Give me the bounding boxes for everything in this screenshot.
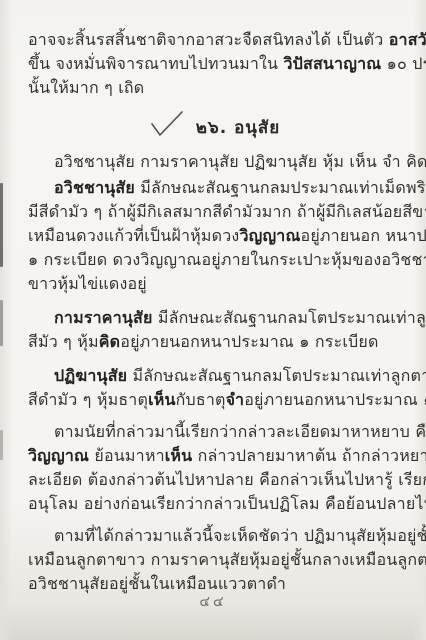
- text-line: อวิชชานุสัย กามราคานุสัย ปฏิฆานุสัย หุ้ม…: [28, 150, 402, 174]
- bold-term: วิปัสสนาญาณ: [283, 54, 381, 73]
- bold-term: เห็น: [165, 446, 193, 465]
- bold-term: วิญญาณ: [239, 226, 300, 245]
- text-line: วิญญาณ ย้อนมาหาเห็น กล่าวปลายมาหาต้น ถ้า…: [28, 444, 402, 468]
- text-segment: อยู่ภายนอกหนาประมาณ ๑ กระเบียด: [244, 390, 426, 409]
- text-segment: ละเอียด ต้องกล่าวต้นไปหาปลาย คือกล่าวเห็…: [28, 470, 426, 489]
- text-segment: มีลักษณะสัณฐานกลมประมาณเท่าเม็ดพริกไทย: [135, 178, 426, 197]
- text-line: ๑ กระเบียด ดวงวิญญาณอยู่ภายในกระเปาะหุ้ม…: [28, 248, 402, 272]
- page-text: อาจจะสิ้นรสสิ้นชาติจากอาสวะจืดสนิทลงได้ …: [28, 28, 402, 596]
- text-line: ละเอียด ต้องกล่าวต้นไปหาปลาย คือกล่าวเห็…: [28, 468, 402, 492]
- scanned-page: อาจจะสิ้นรสสิ้นชาติจากอาสวะจืดสนิทลงได้ …: [0, 0, 426, 640]
- text-segment: ๑ กระเบียด ดวงวิญญาณอยู่ภายในกระเปาะหุ้ม…: [28, 250, 426, 269]
- text-line: สีมัว ๆ หุ้มคิดอยู่ภายนอกหนาประมาณ ๑ กระ…: [28, 330, 402, 354]
- text-segment: ตามที่ได้กล่าวมาแล้วนี้จะเห็ดชัดว่า ปฏิม…: [54, 526, 426, 545]
- intro-paragraph: อาจจะสิ้นรสสิ้นชาติจากอาสวะจืดสนิทลงได้ …: [28, 28, 402, 100]
- text-line: อาจจะสิ้นรสสิ้นชาติจากอาสวะจืดสนิทลงได้ …: [28, 28, 402, 52]
- bold-term: อาสวักขยญาณ: [389, 30, 426, 49]
- text-segment: อยู่ภายนอกหนาประมาณ ๑ กระเบียด: [120, 332, 378, 351]
- text-line: ตามนัยที่กล่าวมานี้เรียกว่ากล่าวละเอียดม…: [28, 420, 402, 444]
- body-paragraphs: อวิชชานุสัย กามราคานุสัย ปฏิฆานุสัย หุ้ม…: [28, 150, 402, 596]
- text-segment: ขึ้น จงหมั่นพิจารณาทบไปทวนมาใน: [28, 54, 283, 73]
- bold-term: เห็น: [148, 390, 176, 409]
- text-segment: อนุโลม อย่างก่อนเรียกว่ากล่าวเป็นปฏิโลม …: [28, 494, 426, 513]
- text-line: ปฏิฆานุสัย มีลักษณะสัณฐานกลมโตประมาณเท่า…: [28, 364, 402, 388]
- text-segment: สีมัว ๆ หุ้ม: [28, 332, 99, 351]
- text-line: เหมือนดวงแก้วที่เป็นฝ้าหุ้มดวงวิญญาณอยู่…: [28, 224, 402, 248]
- text-segment: กับธาตุ: [176, 390, 226, 409]
- text-segment: นั้นให้มาก ๆ เถิด: [28, 78, 144, 97]
- section-heading: ๒๖. อนุสัย: [28, 113, 402, 141]
- text-segment: อวิชชานุสัย กามราคานุสัย ปฏิฆานุสัย หุ้ม…: [54, 152, 426, 171]
- text-line: นั้นให้มาก ๆ เถิด: [28, 76, 402, 100]
- pencil-checkmark-icon: [150, 111, 184, 137]
- text-segment: ย้อนมาหา: [89, 446, 165, 465]
- bold-term: จำ: [226, 390, 245, 409]
- text-segment: กล่าวปลายมาหาต้น ถ้ากล่าวหยาบไปหา: [192, 446, 426, 465]
- bold-term: วิญญาณ: [28, 446, 89, 465]
- text-segment: อาจจะสิ้นรสสิ้นชาติจากอาสวะจืดสนิทลงได้ …: [28, 30, 389, 49]
- text-line: ขาวหุ้มไข่แดงอยู่: [28, 272, 402, 296]
- section-heading-text: ๒๖. อนุสัย: [196, 114, 281, 141]
- scan-edge-artifact: [0, 430, 3, 460]
- text-segment: มีลักษณะสัณฐานกลมโตประมาณเท่าลูกตาดำ: [153, 308, 426, 327]
- bold-term: ปฏิฆานุสัย: [54, 366, 127, 385]
- text-line: ขึ้น จงหมั่นพิจารณาทบไปทวนมาใน วิปัสสนาญ…: [28, 52, 402, 76]
- bold-term: กามราคานุสัย: [54, 308, 153, 327]
- text-segment: เหมือนลูกตาขาว กามราคานุสัยหุ้มอยู่ชั้นก…: [28, 550, 426, 569]
- scan-edge-artifact: [0, 300, 3, 346]
- text-line: มีสีดำมัว ๆ ถ้าผู้มีกิเลสมากสีดำมัวมาก ถ…: [28, 200, 402, 224]
- text-segment: ขาวหุ้มไข่แดงอยู่: [28, 274, 147, 293]
- scan-edge-artifact: [0, 183, 3, 267]
- text-segment: อยู่ภายนอก หนาประมาณ: [301, 226, 426, 245]
- text-segment: เหมือนดวงแก้วที่เป็นฝ้าหุ้มดวง: [28, 226, 239, 245]
- bold-term: อวิชชานุสัย: [54, 178, 135, 197]
- text-line: อนุโลม อย่างก่อนเรียกว่ากล่าวเป็นปฏิโลม …: [28, 492, 402, 516]
- bold-term: คิด: [99, 332, 121, 351]
- text-line: ตามที่ได้กล่าวมาแล้วนี้จะเห็ดชัดว่า ปฏิม…: [28, 524, 402, 548]
- text-line: กามราคานุสัย มีลักษณะสัณฐานกลมโตประมาณเท…: [28, 306, 402, 330]
- text-line: อวิชชานุสัย มีลักษณะสัณฐานกลมประมาณเท่าเ…: [28, 176, 402, 200]
- text-segment: สีดำมัว ๆ หุ้มธาตุ: [28, 390, 148, 409]
- page-number: ๔๔: [0, 591, 426, 613]
- text-line: สีดำมัว ๆ หุ้มธาตุเห็นกับธาตุจำอยู่ภายนอ…: [28, 388, 402, 412]
- text-segment: ตามนัยที่กล่าวมานี้เรียกว่ากล่าวละเอียดม…: [54, 422, 426, 441]
- text-segment: ๑๐ ประการ: [381, 54, 426, 73]
- text-line: เหมือนลูกตาขาว กามราคานุสัยหุ้มอยู่ชั้นก…: [28, 548, 402, 572]
- text-segment: มีสีดำมัว ๆ ถ้าผู้มีกิเลสมากสีดำมัวมาก ถ…: [28, 202, 426, 221]
- text-segment: มีลักษณะสัณฐานกลมโตประมาณเท่าลูกตาขาว: [127, 366, 426, 385]
